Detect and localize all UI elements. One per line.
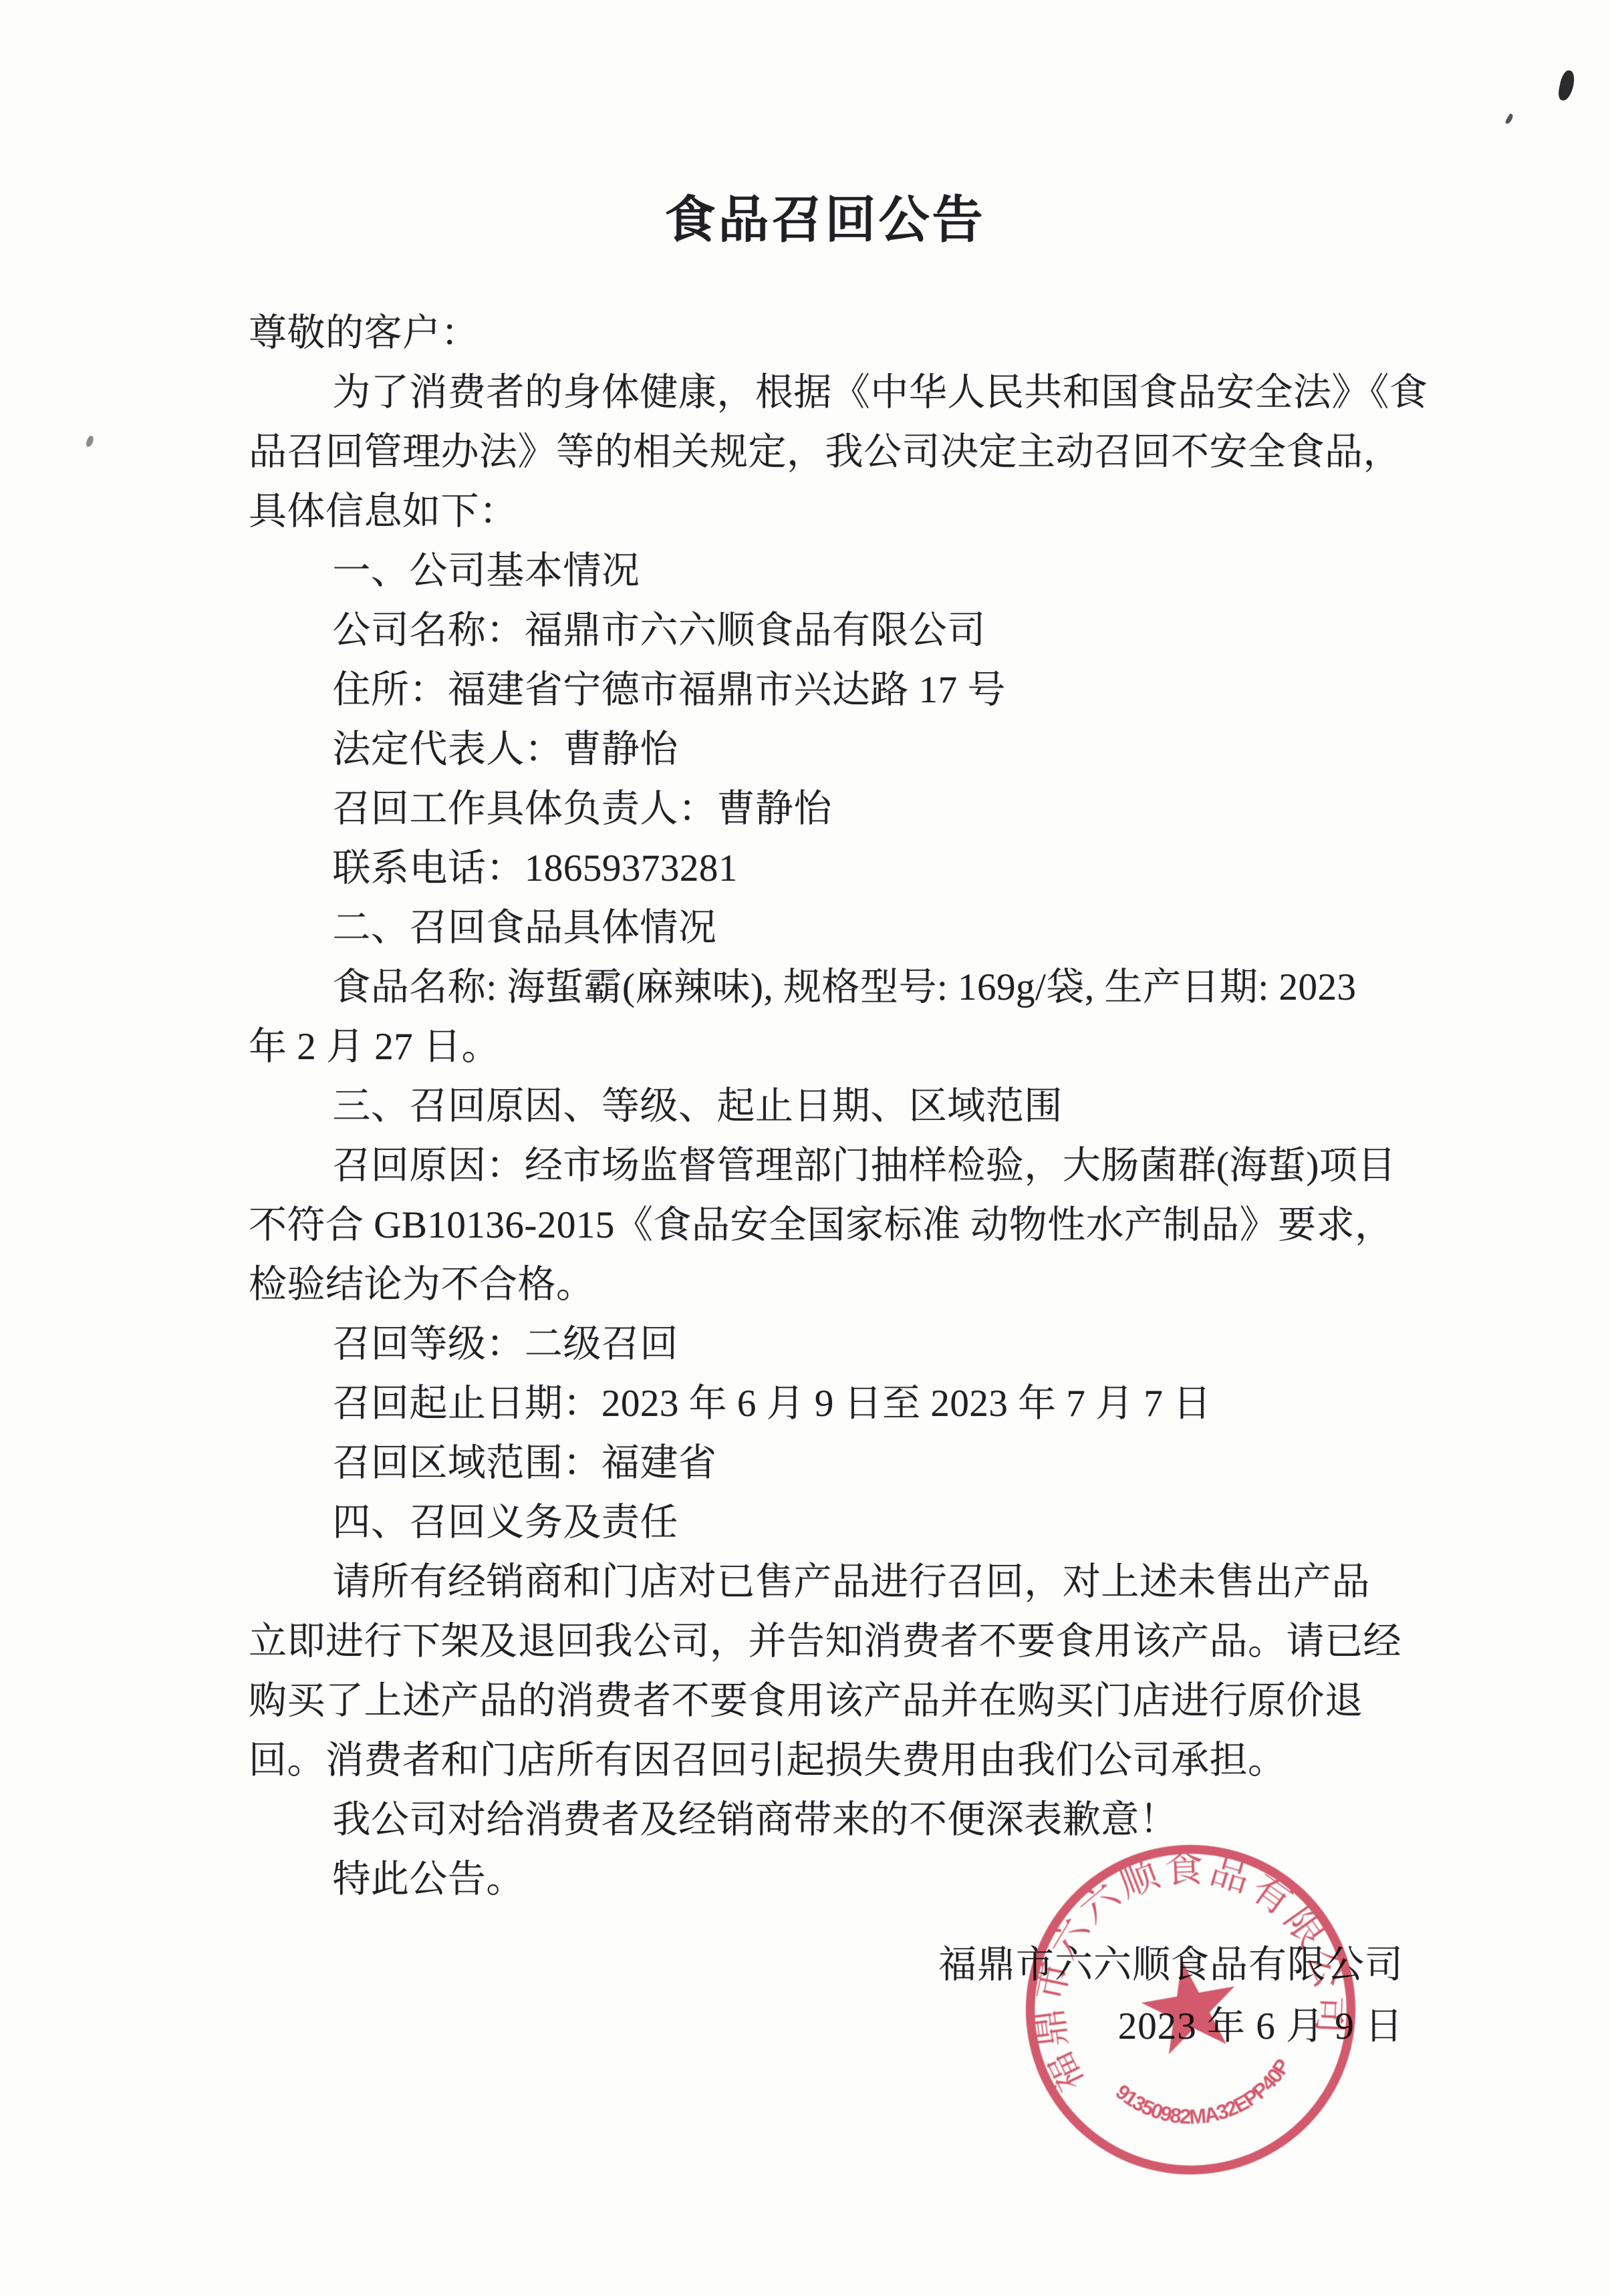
- text-line: 立即进行下架及退回我公司，并告知消费者不要食用该产品。请已经: [249, 1612, 1395, 1671]
- text-line: 一、公司基本情况: [249, 541, 1395, 601]
- text-line: 尊敬的客户：: [249, 303, 1395, 363]
- text-line: 召回等级：二级召回: [249, 1314, 1395, 1374]
- text-line: 二、召回食品具体情况: [249, 898, 1395, 958]
- company-seal-stamp: 福鼎市六六顺食品有限公司 91350982MA32EPP40P: [1018, 1837, 1363, 2182]
- seal-registration-number: 91350982MA32EPP40P: [1109, 2051, 1303, 2143]
- text-line: 具体信息如下：: [249, 482, 1395, 541]
- page-title: 食品召回公告: [20, 179, 1610, 252]
- text-line: 检验结论为不合格。: [249, 1255, 1395, 1314]
- ink-blob-artifact: [1557, 69, 1576, 102]
- ink-tick-artifact: [1505, 113, 1514, 124]
- document-body: 尊敬的客户： 为了消费者的身体健康，根据《中华人民共和国食品安全法》《食 品召回…: [249, 303, 1395, 1909]
- text-line: 四、召回义务及责任: [249, 1493, 1395, 1552]
- ink-speck-artifact: [86, 435, 95, 448]
- star-icon: [1135, 1953, 1244, 2057]
- text-line: 召回起止日期：2023 年 6 月 9 日至 2023 年 7 月 7 日: [249, 1374, 1395, 1433]
- text-line: 回。消费者和门店所有因召回引起损失费用由我们公司承担。: [249, 1731, 1395, 1790]
- text-line: 召回工作具体负责人：曹静怡: [249, 779, 1395, 839]
- text-line: 为了消费者的身体健康，根据《中华人民共和国食品安全法》《食: [249, 363, 1395, 422]
- text-line: 住所：福建省宁德市福鼎市兴达路 17 号: [249, 660, 1395, 720]
- text-line: 公司名称：福鼎市六六顺食品有限公司: [249, 601, 1395, 660]
- seal-company-arc-text: 福鼎市六六顺食品有限公司: [1018, 1837, 1363, 2102]
- recall-notice-document: 食品召回公告 尊敬的客户： 为了消费者的身体健康，根据《中华人民共和国食品安全法…: [0, 0, 1610, 2296]
- text-line: 三、召回原因、等级、起止日期、区域范围: [249, 1077, 1395, 1136]
- text-line: 不符合 GB10136-2015《食品安全国家标准 动物性水产制品》要求，: [249, 1195, 1395, 1255]
- text-line: 召回原因：经市场监督管理部门抽样检验，大肠菌群(海蜇)项目: [249, 1136, 1395, 1195]
- text-line: 法定代表人：曹静怡: [249, 720, 1395, 779]
- text-line: 联系电话：18659373281: [249, 839, 1395, 898]
- text-line: 购买了上述产品的消费者不要食用该产品并在购买门店进行原价退: [249, 1671, 1395, 1731]
- text-line: 召回区域范围：福建省: [249, 1433, 1395, 1493]
- text-line: 品召回管理办法》等的相关规定，我公司决定主动召回不安全食品，: [249, 422, 1395, 482]
- text-line: 食品名称: 海蜇霸(麻辣味), 规格型号: 169g/袋, 生产日期: 2023: [249, 958, 1395, 1017]
- text-line: 请所有经销商和门店对已售产品进行召回，对上述未售出产品: [249, 1552, 1395, 1612]
- text-line: 年 2 月 27 日。: [249, 1017, 1395, 1077]
